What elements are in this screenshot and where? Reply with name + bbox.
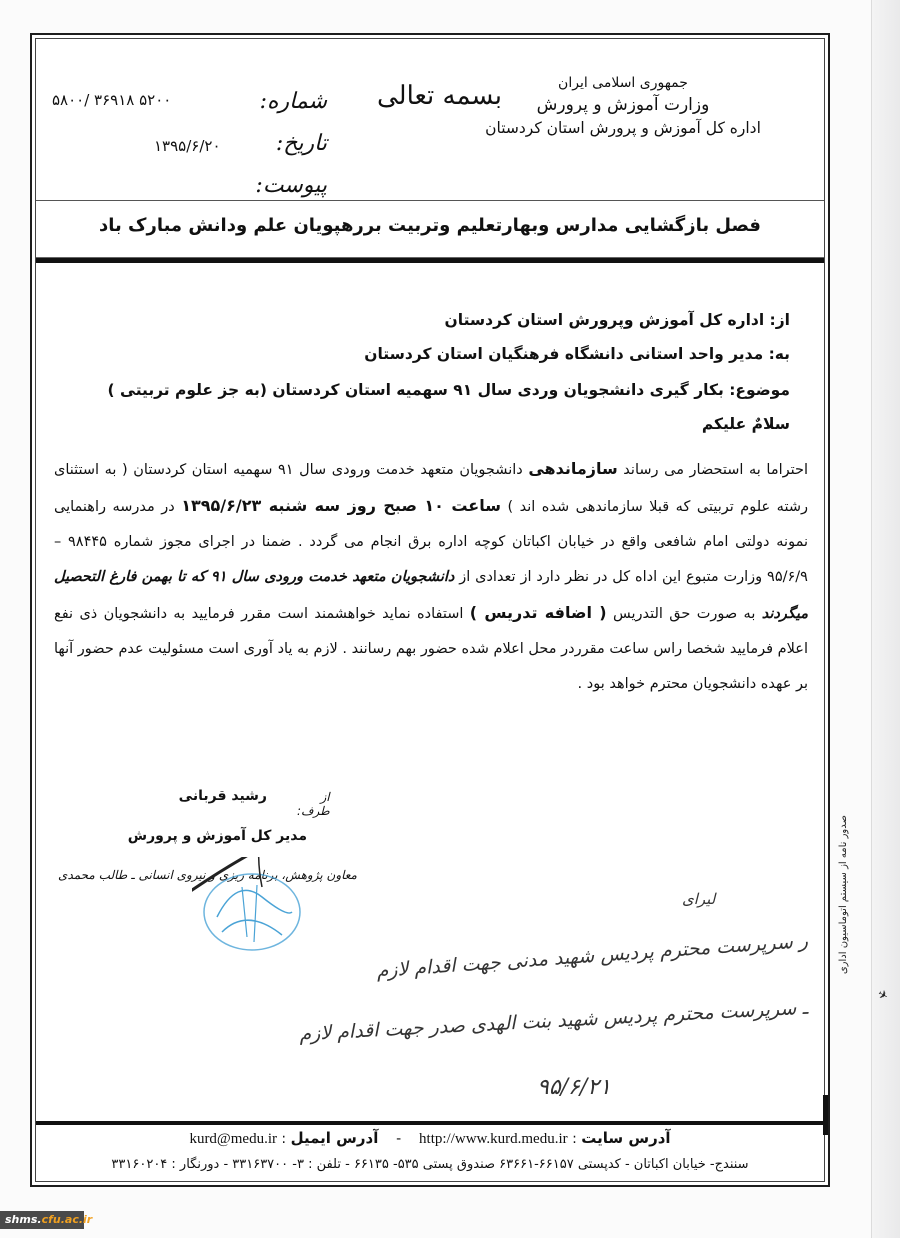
org-line-2: وزارت آموزش و پرورش — [458, 95, 788, 115]
handwritten-line-1: ر سرپرست محترم پردیس شهید مدنی جهت اقدام… — [375, 930, 808, 982]
org-line-3: اداره کل آموزش و پرورش استان کردستان — [458, 119, 788, 137]
handwritten-date: ۹۵/۶/۲۱ — [537, 1075, 611, 1100]
footer-address: سنندج- خیابان اکباتان - کدپستی ۶۶۱۵۷-۶۳۶… — [46, 1157, 814, 1172]
header-divider — [36, 200, 824, 201]
site-url[interactable]: http://www.kurd.medu.ir — [419, 1131, 568, 1147]
body-text: احتراما به استحضار می رساند — [618, 462, 808, 478]
letter-frame: جمهوری اسلامی ایران وزارت آموزش و پرورش … — [30, 33, 830, 1187]
watermark-domain: shms. — [5, 1213, 42, 1226]
email-address[interactable]: kurd@medu.ir — [189, 1131, 277, 1147]
page-edge — [871, 0, 900, 1238]
footer-contact: آدرس سایت : http://www.kurd.medu.ir - آد… — [32, 1129, 828, 1148]
letter-number: ۵۸۰۰/ ۳۶۹۱۸ ۵۲۰۰ — [52, 91, 171, 109]
side-marker — [823, 1095, 828, 1135]
body-bold: ( اضافه تدریس ) — [470, 603, 607, 622]
label-number: شماره: — [257, 81, 327, 123]
org-line-1: جمهوری اسلامی ایران — [458, 75, 788, 91]
to-line: به: مدیر واحد استانی دانشگاه فرهنگیان اس… — [364, 345, 790, 363]
site-watermark[interactable]: shms.cfu.ac.ir — [0, 1211, 84, 1229]
automation-side-note: صدور نامه از سیستم اتوماسیون اداری — [838, 815, 858, 985]
letter-date: ۱۳۹۵/۶/۲۰ — [154, 137, 221, 155]
from-label: از طرف: — [297, 790, 330, 818]
handwritten-heading: لیرای — [682, 890, 715, 908]
footer-divider — [36, 1121, 824, 1125]
signer-name: رشید قربانی — [179, 788, 267, 804]
slogan-divider — [36, 257, 824, 263]
bismillah-heading: بسمه تعالی — [377, 83, 502, 109]
official-stamp-icon — [192, 857, 312, 957]
letter-body: احتراما به استحضار می رساند سازماندهی دا… — [54, 451, 808, 702]
from-line: از: اداره کل آموزش وپرورش استان کردستان — [445, 311, 790, 329]
greeting: سلامٌ علیکم — [702, 415, 790, 433]
watermark-tld: cfu.ac.ir — [42, 1213, 93, 1226]
subject-line: موضوع: بکار گیری دانشجویان وردی سال ۹۱ س… — [108, 381, 790, 399]
site-label: آدرس سایت — [581, 1129, 670, 1147]
meeting-time: ساعت ۱۰ صبح روز سه شنبه ۱۳۹۵/۶/۲۳ — [181, 496, 501, 515]
label-date: تاریخ: — [257, 123, 327, 165]
meta-labels: شماره: تاریخ: پیوست: — [257, 81, 327, 207]
body-bold: سازماندهی — [528, 459, 617, 478]
signer-title: مدیر کل آموزش و پرورش — [128, 828, 307, 844]
slogan-banner: فصل بازگشایی مدارس وبهارتعلیم وتربیت برر… — [32, 215, 828, 236]
organization-header: جمهوری اسلامی ایران وزارت آموزش و پرورش … — [458, 75, 788, 137]
body-text: به صورت حق التدریس — [607, 606, 762, 622]
email-label: آدرس ایمیل — [291, 1129, 379, 1147]
handwritten-line-2: ـ سرپرست محترم پردیس شهید بنت الهدی صدر … — [299, 997, 809, 1046]
